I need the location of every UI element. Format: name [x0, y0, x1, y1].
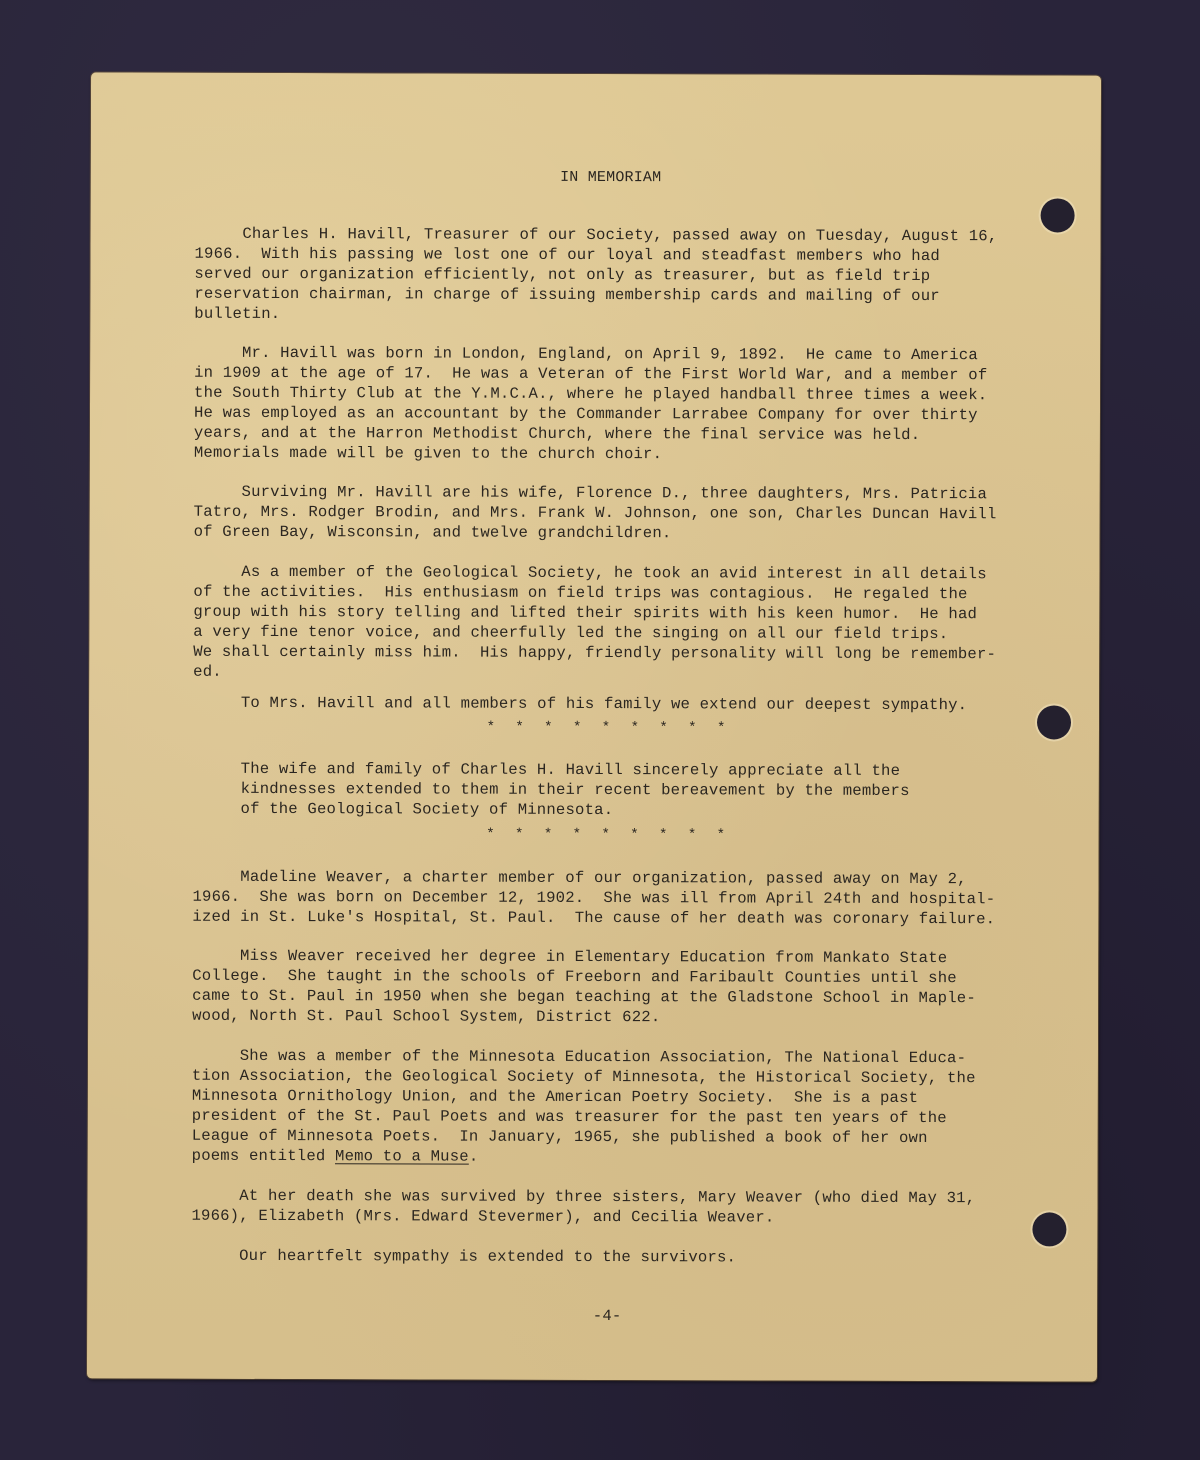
- havill-p4-line: We shall certainly miss him. His happy, …: [193, 642, 1033, 665]
- havill-p4-line: As a member of the Geological Society, h…: [193, 562, 1033, 585]
- page-number: -4-: [191, 1305, 1023, 1328]
- weaver-p2-line: Miss Weaver received her degree in Eleme…: [192, 946, 1032, 969]
- page-title: IN MEMORIAM: [195, 167, 1027, 190]
- weaver-p3-line: tion Association, the Geological Society…: [192, 1066, 1032, 1089]
- havill-p4-line: group with his story telling and lifted …: [193, 602, 1033, 625]
- havill-p1-line: 1966. With his passing we lost one of ou…: [194, 244, 1034, 267]
- havill-p1-line: Charles H. Havill, Treasurer of our Soci…: [195, 224, 1035, 247]
- havill-p2-line: years, and at the Harron Methodist Churc…: [194, 423, 1034, 446]
- weaver-p4-line: 1966), Elizabeth (Mrs. Edward Stevermer)…: [191, 1206, 1031, 1229]
- weaver-p3-line: She was a member of the Minnesota Educat…: [192, 1046, 1032, 1069]
- havill-p2-line: Mr. Havill was born in London, England, …: [194, 343, 1034, 366]
- weaver-p4-line: At her death she was survived by three s…: [191, 1186, 1031, 1209]
- acknowledgement-line: kindnesses extended to them in their rec…: [193, 779, 1033, 802]
- havill-p4-line: ed.: [193, 662, 1033, 685]
- havill-p2-line: in 1909 at the age of 17. He was a Veter…: [194, 363, 1034, 386]
- weaver-p3-last-line: poems entitled Memo to a Muse.: [192, 1146, 1032, 1169]
- havill-p2-line: Memorials made will be given to the chur…: [194, 443, 1034, 466]
- section-separator: * * * * * * * * *: [193, 717, 1025, 740]
- havill-p3-line: Tatro, Mrs. Rodger Brodin, and Mrs. Fran…: [194, 502, 1034, 525]
- havill-p2-line: He was employed as an accountant by the …: [194, 403, 1034, 426]
- havill-p1-line: bulletin.: [194, 304, 1034, 327]
- havill-p4-line: of the activities. His enthusiasm on fie…: [193, 582, 1033, 605]
- weaver-p2-line: College. She taught in the schools of Fr…: [192, 966, 1032, 989]
- punch-hole-middle: [1037, 705, 1071, 739]
- weaver-p3-prefix: poems entitled: [192, 1147, 335, 1165]
- weaver-p1-line: ized in St. Luke's Hospital, St. Paul. T…: [192, 907, 1032, 930]
- weaver-p3-line: Minnesota Ornithology Union, and the Ame…: [192, 1086, 1032, 1109]
- acknowledgement-line: The wife and family of Charles H. Havill…: [193, 759, 1033, 782]
- havill-p3-line: of Green Bay, Wisconsin, and twelve gran…: [194, 522, 1034, 545]
- weaver-p3-suffix: .: [469, 1148, 479, 1166]
- weaver-p1-line: 1966. She was born on December 12, 1902.…: [192, 887, 1032, 910]
- weaver-p2-line: wood, North St. Paul School System, Dist…: [192, 1006, 1032, 1029]
- weaver-p1-line: Madeline Weaver, a charter member of our…: [192, 867, 1032, 890]
- document-page: IN MEMORIAM Charles H. Havill, Treasurer…: [87, 72, 1101, 1381]
- weaver-p3-line: president of the St. Paul Poets and was …: [192, 1106, 1032, 1129]
- section-separator: * * * * * * * * *: [193, 824, 1025, 847]
- havill-p1-line: served our organization efficiently, not…: [194, 264, 1034, 287]
- havill-p4-line: a very fine tenor voice, and cheerfully …: [193, 622, 1033, 645]
- punch-hole-bottom: [1032, 1212, 1066, 1246]
- punch-hole-top: [1041, 198, 1075, 232]
- weaver-p3-line: League of Minnesota Poets. In January, 1…: [192, 1126, 1032, 1149]
- acknowledgement-line: of the Geological Society of Minnesota.: [193, 799, 1033, 822]
- book-title: Memo to a Muse: [335, 1147, 469, 1165]
- weaver-sympathy-line: Our heartfelt sympathy is extended to th…: [191, 1246, 1031, 1269]
- havill-sympathy-line: To Mrs. Havill and all members of his fa…: [193, 693, 1033, 716]
- havill-p3-line: Surviving Mr. Havill are his wife, Flore…: [194, 482, 1034, 505]
- havill-p2-line: the South Thirty Club at the Y.M.C.A., w…: [194, 383, 1034, 406]
- havill-p1-line: reservation chairman, in charge of issui…: [194, 284, 1034, 307]
- weaver-p2-line: came to St. Paul in 1950 when she began …: [192, 986, 1032, 1009]
